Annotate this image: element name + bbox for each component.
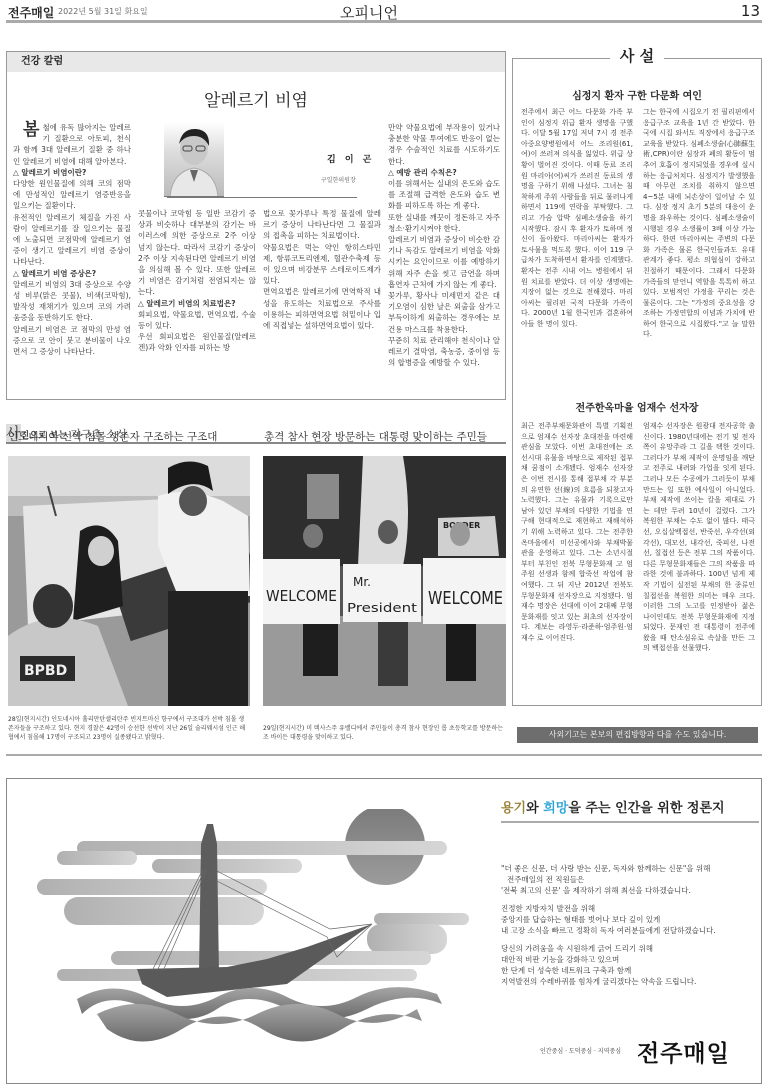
subheading: △ 알레르기 비염 증상은? (13, 268, 131, 279)
subheading: △ 알레르기 비염의 치료법은? (138, 298, 256, 309)
paragraph: 또한 실내를 깨끗이 정돈하고 자주 청소·환기시켜야 한다. (388, 212, 500, 234)
paragraph: 알레르기 비염의 3대 증상으로 수양성 비루(맑은 콧물), 비색(코막힘),… (13, 279, 131, 324)
editorial-1-column-1: 전주에서 최근 어느 다문화 가족 부인이 심정지 위급 환자 생명을 구했다.… (521, 107, 633, 329)
paragraph: 약물요법은 먹는 약인 항히스타민제, 항류코트리엔제, 혈관수축제 등이 있으… (263, 242, 381, 287)
author-photo (164, 122, 224, 197)
editorial-headline-2: 전주한옥마을 엄재수 선자장 (513, 399, 761, 414)
svg-text:WELCOME: WELCOME (428, 588, 503, 609)
divider (501, 821, 759, 823)
paragraph: 꽃가루, 황사나 미세먼지 같은 대기오염이 심한 날은 외출을 삼가고 부득이… (388, 290, 500, 335)
paragraph: 다양한 원인물질에 의해 코의 점막에 만성적인 알레르기 염증반응을 일으키는… (13, 178, 131, 212)
paragraph: 알레르기 비염은 코 점막의 만성 염증으로 코 안이 붓고 분비물이 나오면서… (13, 324, 131, 358)
page-number: 13 (741, 2, 760, 20)
paragraph: 꾸준히 치료 관리해야 천식이나 알레르기 결막염, 축농증, 중이염 등의 합… (388, 335, 500, 369)
paragraph: 법으로 꽃가루나 특정 물질에 알레르기 증상이 나타난다면 그 물질과의 접촉… (263, 208, 381, 242)
photo-2-title: 총격 참사 현장 방문하는 대통령 맞이하는 주민들 (264, 429, 487, 444)
welcome-photo-icon: BORDER WELCOME Mr. President WELCOME (263, 456, 506, 706)
issue-date: 2022년 5월 31일 화요일 (58, 6, 148, 17)
svg-text:WELCOME: WELCOME (266, 587, 337, 605)
paper-name: 전주매일 (8, 4, 54, 21)
photo-1-caption: 28일(현지시간) 인도네시아 훌리만탄셀리탄주 빈지트마신 항구에서 구조대가… (8, 715, 250, 742)
ad-paragraph-2: 진정한 지방자치 발전을 위해 중앙지를 답습하는 형태를 벗어나 보다 깊이 … (501, 903, 761, 936)
rescue-photo-icon: BPBD (8, 456, 250, 706)
editorial-1-column-2: 그는 한국에 시집오기 전 필리핀에서 응급구조 교육을 1년 간 받았다. 한… (643, 107, 755, 340)
photo-2-caption: 29일(현지시간) 미 텍사스주 유밸디에서 주민들이 총격 참사 현장인 롭 … (263, 724, 506, 742)
article-column-4: 만약 약물요법에 부작용이 있거나 충분한 약물 투여에도 반응이 없는 경우 … (388, 122, 500, 368)
article-title: 알레르기 비염 (7, 86, 505, 111)
ad-slogan: 용기와 희망을 주는 인간을 위한 정론지 (501, 797, 725, 816)
ship-at-sea-icon (27, 809, 477, 1049)
paragraph: 우선 회피요법은 원인물질(알레르겐)과 악화 인자를 피하는 방 (138, 331, 256, 353)
paragraph: 이를 위해서는 실내의 온도와 습도를 조절해 급격한 온도와 습도 변화를 피… (388, 178, 500, 212)
paragraph: 회피요법, 약물요법, 면역요법, 수술 등이 있다. (138, 309, 256, 331)
article-column-3: 법으로 꽃가루나 특정 물질에 알레르기 증상이 나타난다면 그 물질과의 접촉… (263, 208, 381, 331)
column-header: 건강 칼럼 (7, 52, 505, 72)
paragraph: 유전적인 알레르기 체질을 가진 사람이 알레르기를 잘 일으키는 물질에 노출… (13, 212, 131, 268)
svg-text:President: President (347, 601, 417, 615)
newspaper-ad: 용기와 희망을 주는 인간을 위한 정론지 "더 좋은 신문, 더 사랑 받는 … (6, 778, 762, 1084)
author-name: 김 이 곤 (327, 152, 374, 165)
author-role: 구일한의원장 (321, 175, 356, 184)
editorial-headline-1: 심정지 환자 구한 다문화 여인 (513, 87, 761, 102)
photo-welcome: BORDER WELCOME Mr. President WELCOME (263, 456, 506, 706)
paragraph: 콧물이나 코막힘 등 일반 코감기 증상과 비슷하나 대부분의 감기는 바이러스… (138, 208, 256, 298)
divider (6, 754, 762, 756)
dropcap: 봄 (23, 122, 39, 138)
editorial-box: 사 설 심정지 환자 구한 다문화 여인 전주에서 최근 어느 다문화 가족 부… (512, 58, 762, 706)
ad-paragraph-1: "더 좋은 신문, 더 사랑 받는 신문, 독자와 함께하는 신문"을 위해 전… (501, 863, 761, 896)
disclaimer-banner: 사외기고는 본보의 편집방향과 다를 수도 있습니다. (517, 727, 758, 743)
subheading: △ 알레르기 비염이란? (13, 167, 131, 178)
subheading: △ 예방 관리 수칙은? (388, 167, 500, 178)
article-column-1: 봄 철에 유독 많아지는 알레르기 질환으로 아토피, 천식과 함께 3대 알레… (13, 122, 131, 357)
health-column: 건강 칼럼 알레르기 비염 봄 철에 유독 많아지는 알레르기 질환으로 아토피… (6, 51, 506, 400)
photo-rescue: BPBD (8, 456, 250, 706)
masthead-rule (6, 20, 762, 23)
editorial-2-column-1: 최근 전주부채문화관이 특별 기획전으로 엄재수 선자장 초대전을 마련해 관심… (521, 421, 633, 643)
svg-text:Mr.: Mr. (353, 575, 371, 589)
photo-1-title: 인도네시아 선박 침몰 생존자 구조하는 구조대 (8, 429, 217, 444)
paragraph: 만약 약물요법에 부작용이 있거나 충분한 약물 투여에도 반응이 없는 경우 … (388, 122, 500, 167)
editorial-label: 사 설 (513, 45, 761, 66)
svg-text:BPBD: BPBD (24, 663, 67, 679)
paragraph: 알레르기 비염과 증상이 비슷한 감기나 독감도 알레르기 비염을 악화시키는 … (388, 234, 500, 290)
portrait-icon (164, 122, 224, 197)
ship-illustration (27, 809, 477, 1049)
paragraph: 면역요법은 알레르기에 면역학적 내성을 유도하는 치료법으로 주사를 이용하는… (263, 286, 381, 331)
ad-tagline: 인간중심 · 도덕중심 · 지역중심 (540, 1046, 621, 1055)
divider (167, 197, 357, 198)
article-column-2: 콧물이나 코막힘 등 일반 코감기 증상과 비슷하나 대부분의 감기는 바이러스… (138, 208, 256, 354)
paper-logo: 전주매일 (637, 1035, 730, 1068)
ad-paragraph-3: 당신의 가려움을 속 시원하게 긁어 드리기 위해 대안적 비판 기능을 강화하… (501, 943, 761, 987)
editorial-2-column-2: 엄재수 선자장은 원광대 전자공학 출신이다. 1980년대에는 전기 및 전자… (643, 421, 755, 654)
